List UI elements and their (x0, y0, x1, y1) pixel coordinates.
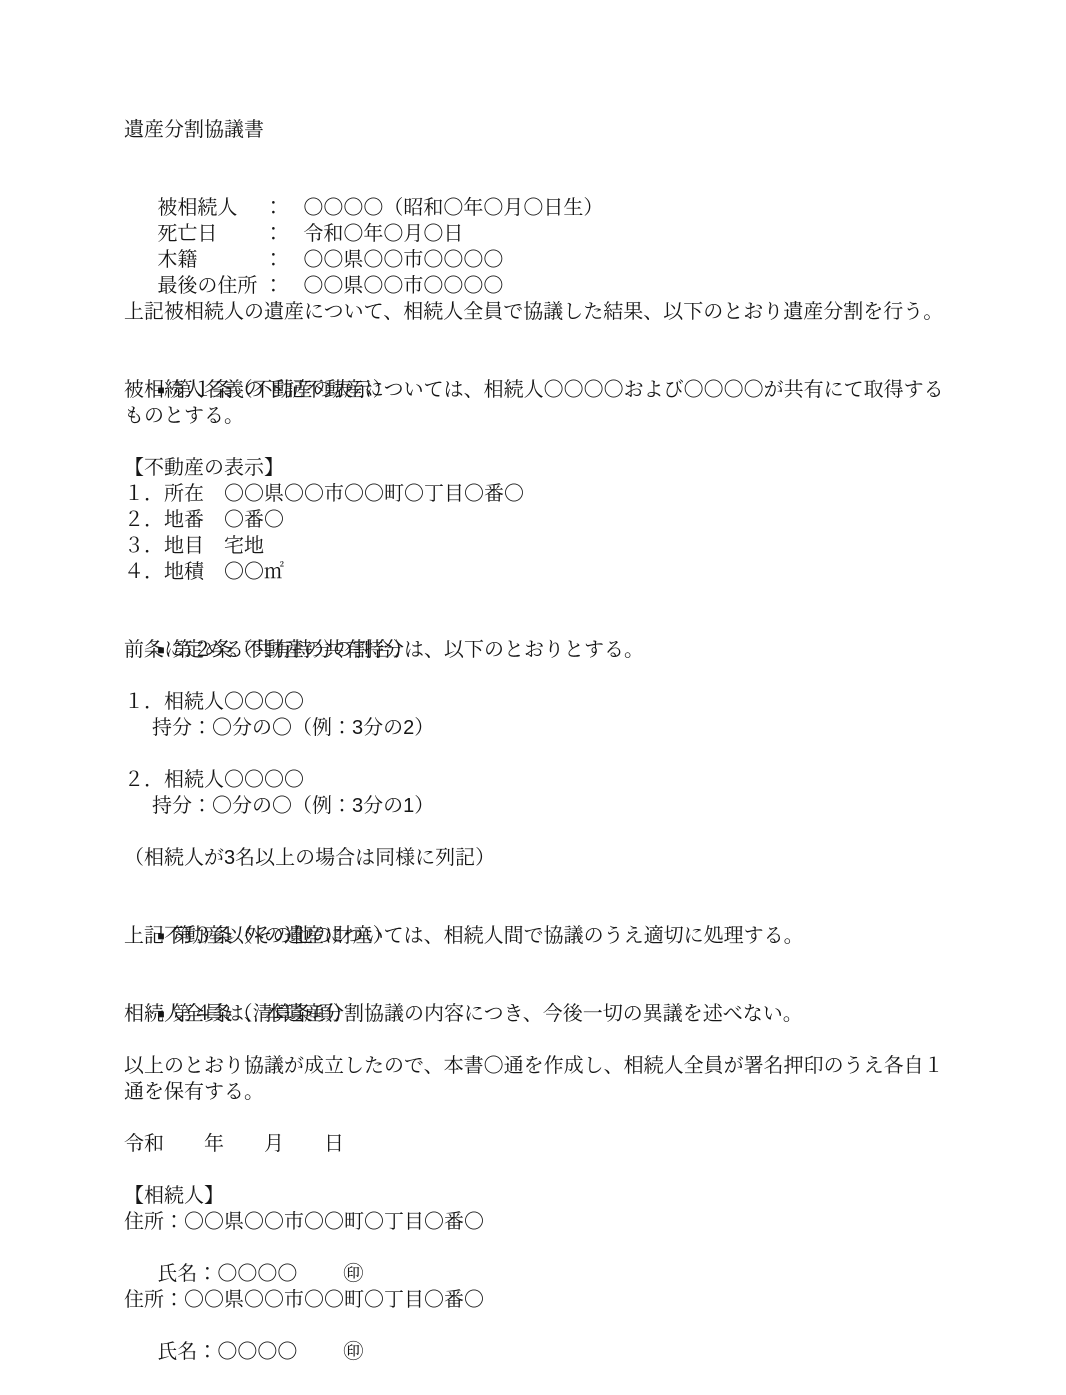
spacer (124, 585, 956, 611)
article-2: ■第２条（共有持分の割合） 前条に定める不動産の共有持分は、以下のとおりとする。 (124, 611, 956, 663)
heir-share-1-name: １．相続人〇〇〇〇 (124, 689, 956, 715)
section-bullet-icon: ■ (157, 923, 164, 949)
article-1-heading: ■第１条（不動産の表示） (124, 351, 956, 377)
document-title: 遺産分割協議書 (124, 117, 956, 143)
heir-share-2: ２．相続人〇〇〇〇 持分：〇分の〇（例：3分の1） (124, 767, 956, 819)
spacer (124, 819, 956, 845)
article-3-heading: ■第３条（その他の財産） (124, 897, 956, 923)
property-item-location: １．所在 〇〇県〇〇市〇〇町〇丁目〇番〇 (124, 481, 956, 507)
heir-name: 氏名：〇〇〇〇 (157, 1263, 297, 1285)
deceased-info-block: 被相続人：〇〇〇〇（昭和〇年〇月〇日生） 死亡日：令和〇年〇月〇日 木籍：〇〇県… (124, 169, 956, 273)
article-4: ■第４条（清算条項） 相続人全員は、本遺産分割協議の内容につき、今後一切の異議を… (124, 975, 956, 1027)
spacer (124, 871, 956, 897)
spacer (124, 143, 956, 169)
article-4-body: 相続人全員は、本遺産分割協議の内容につき、今後一切の異議を述べない。 (124, 1001, 956, 1027)
article-3-body: 上記不動産以外の遺産については、相続人間で協議のうえ適切に処理する。 (124, 923, 956, 949)
seal-mark: ㊞ (343, 1263, 363, 1285)
spacer (124, 1157, 956, 1183)
heir-share-2-name: ２．相続人〇〇〇〇 (124, 767, 956, 793)
spacer (124, 1105, 956, 1131)
spacer (124, 429, 956, 455)
property-item-lot-number: ２．地番 〇番〇 (124, 507, 956, 533)
info-colon: ： (263, 249, 283, 271)
heir-address: 住所：〇〇県〇〇市〇〇町〇丁目〇番〇 (124, 1209, 956, 1235)
closing-line: 通を保有する。 (124, 1079, 956, 1105)
closing-paragraph: 以上のとおり協議が成立したので、本書〇通を作成し、相続人全員が署名押印のうえ各自… (124, 1053, 956, 1105)
heir-share-1: １．相続人〇〇〇〇 持分：〇分の〇（例：3分の2） (124, 689, 956, 741)
heir-share-1-portion: 持分：〇分の〇（例：3分の2） (124, 715, 956, 741)
article-3: ■第３条（その他の財産） 上記不動産以外の遺産については、相続人間で協議のうえ適… (124, 897, 956, 949)
heir-name-line: 氏名：〇〇〇〇㊞ (124, 1313, 956, 1339)
section-bullet-icon: ■ (157, 377, 164, 403)
info-value: 令和〇年〇月〇日 (303, 223, 463, 245)
article-4-heading: ■第４条（清算条項） (124, 975, 956, 1001)
info-colon: ： (263, 223, 283, 245)
additional-heirs-note: （相続人が3名以上の場合は同様に列記） (124, 845, 956, 871)
info-value: 〇〇県〇〇市〇〇〇〇 (303, 275, 503, 297)
spacer (124, 949, 956, 975)
intro-paragraph: 上記被相続人の遺産について、相続人全員で協議した結果、以下のとおり遺産分割を行う… (124, 299, 956, 325)
spacer (124, 741, 956, 767)
info-value: 〇〇〇〇（昭和〇年〇月〇日生） (303, 197, 603, 219)
info-row-deceased: 被相続人：〇〇〇〇（昭和〇年〇月〇日生） (124, 169, 956, 195)
date-line: 令和 年 月 日 (124, 1131, 956, 1157)
info-value: 〇〇県〇〇市〇〇〇〇 (303, 249, 503, 271)
heir-name: 氏名：〇〇〇〇 (157, 1341, 297, 1363)
spacer (124, 663, 956, 689)
info-label: 被相続人 (157, 195, 263, 221)
document-page: 遺産分割協議書 被相続人：〇〇〇〇（昭和〇年〇月〇日生） 死亡日：令和〇年〇月〇… (0, 0, 1066, 1395)
info-colon: ： (263, 197, 283, 219)
info-label: 死亡日 (157, 221, 263, 247)
property-description-heading: 【不動産の表示】 (124, 455, 956, 481)
spacer (124, 1027, 956, 1053)
closing-line: 以上のとおり協議が成立したので、本書〇通を作成し、相続人全員が署名押印のうえ各自… (124, 1053, 956, 1079)
article-2-body: 前条に定める不動産の共有持分は、以下のとおりとする。 (124, 637, 956, 663)
article-1-body-line: ものとする。 (124, 403, 956, 429)
seal-mark: ㊞ (343, 1341, 363, 1363)
heir-address: 住所：〇〇県〇〇市〇〇町〇丁目〇番〇 (124, 1287, 956, 1313)
section-bullet-icon: ■ (157, 637, 164, 663)
heirs-heading: 【相続人】 (124, 1183, 956, 1209)
info-label: 木籍 (157, 247, 263, 273)
heirs-signature-block-2: 住所：〇〇県〇〇市〇〇町〇丁目〇番〇 氏名：〇〇〇〇㊞ (124, 1287, 956, 1339)
heirs-signature-block-1: 【相続人】 住所：〇〇県〇〇市〇〇町〇丁目〇番〇 氏名：〇〇〇〇㊞ (124, 1183, 956, 1261)
property-description-block: 【不動産の表示】 １．所在 〇〇県〇〇市〇〇町〇丁目〇番〇 ２．地番 〇番〇 ３… (124, 455, 956, 585)
article-1-body-line: 被相続人名義の下記不動産については、相続人〇〇〇〇および〇〇〇〇が共有にて取得す… (124, 377, 956, 403)
heir-share-2-portion: 持分：〇分の〇（例：3分の1） (124, 793, 956, 819)
article-1: ■第１条（不動産の表示） 被相続人名義の下記不動産については、相続人〇〇〇〇およ… (124, 351, 956, 429)
info-colon: ： (263, 275, 283, 297)
info-label: 最後の住所 (157, 273, 263, 299)
heir-name-line: 氏名：〇〇〇〇㊞ (124, 1235, 956, 1261)
article-2-heading: ■第２条（共有持分の割合） (124, 611, 956, 637)
property-item-land-category: ３．地目 宅地 (124, 533, 956, 559)
section-bullet-icon: ■ (157, 1001, 164, 1027)
property-item-land-area: ４．地積 〇〇㎡ (124, 559, 956, 585)
spacer (124, 325, 956, 351)
